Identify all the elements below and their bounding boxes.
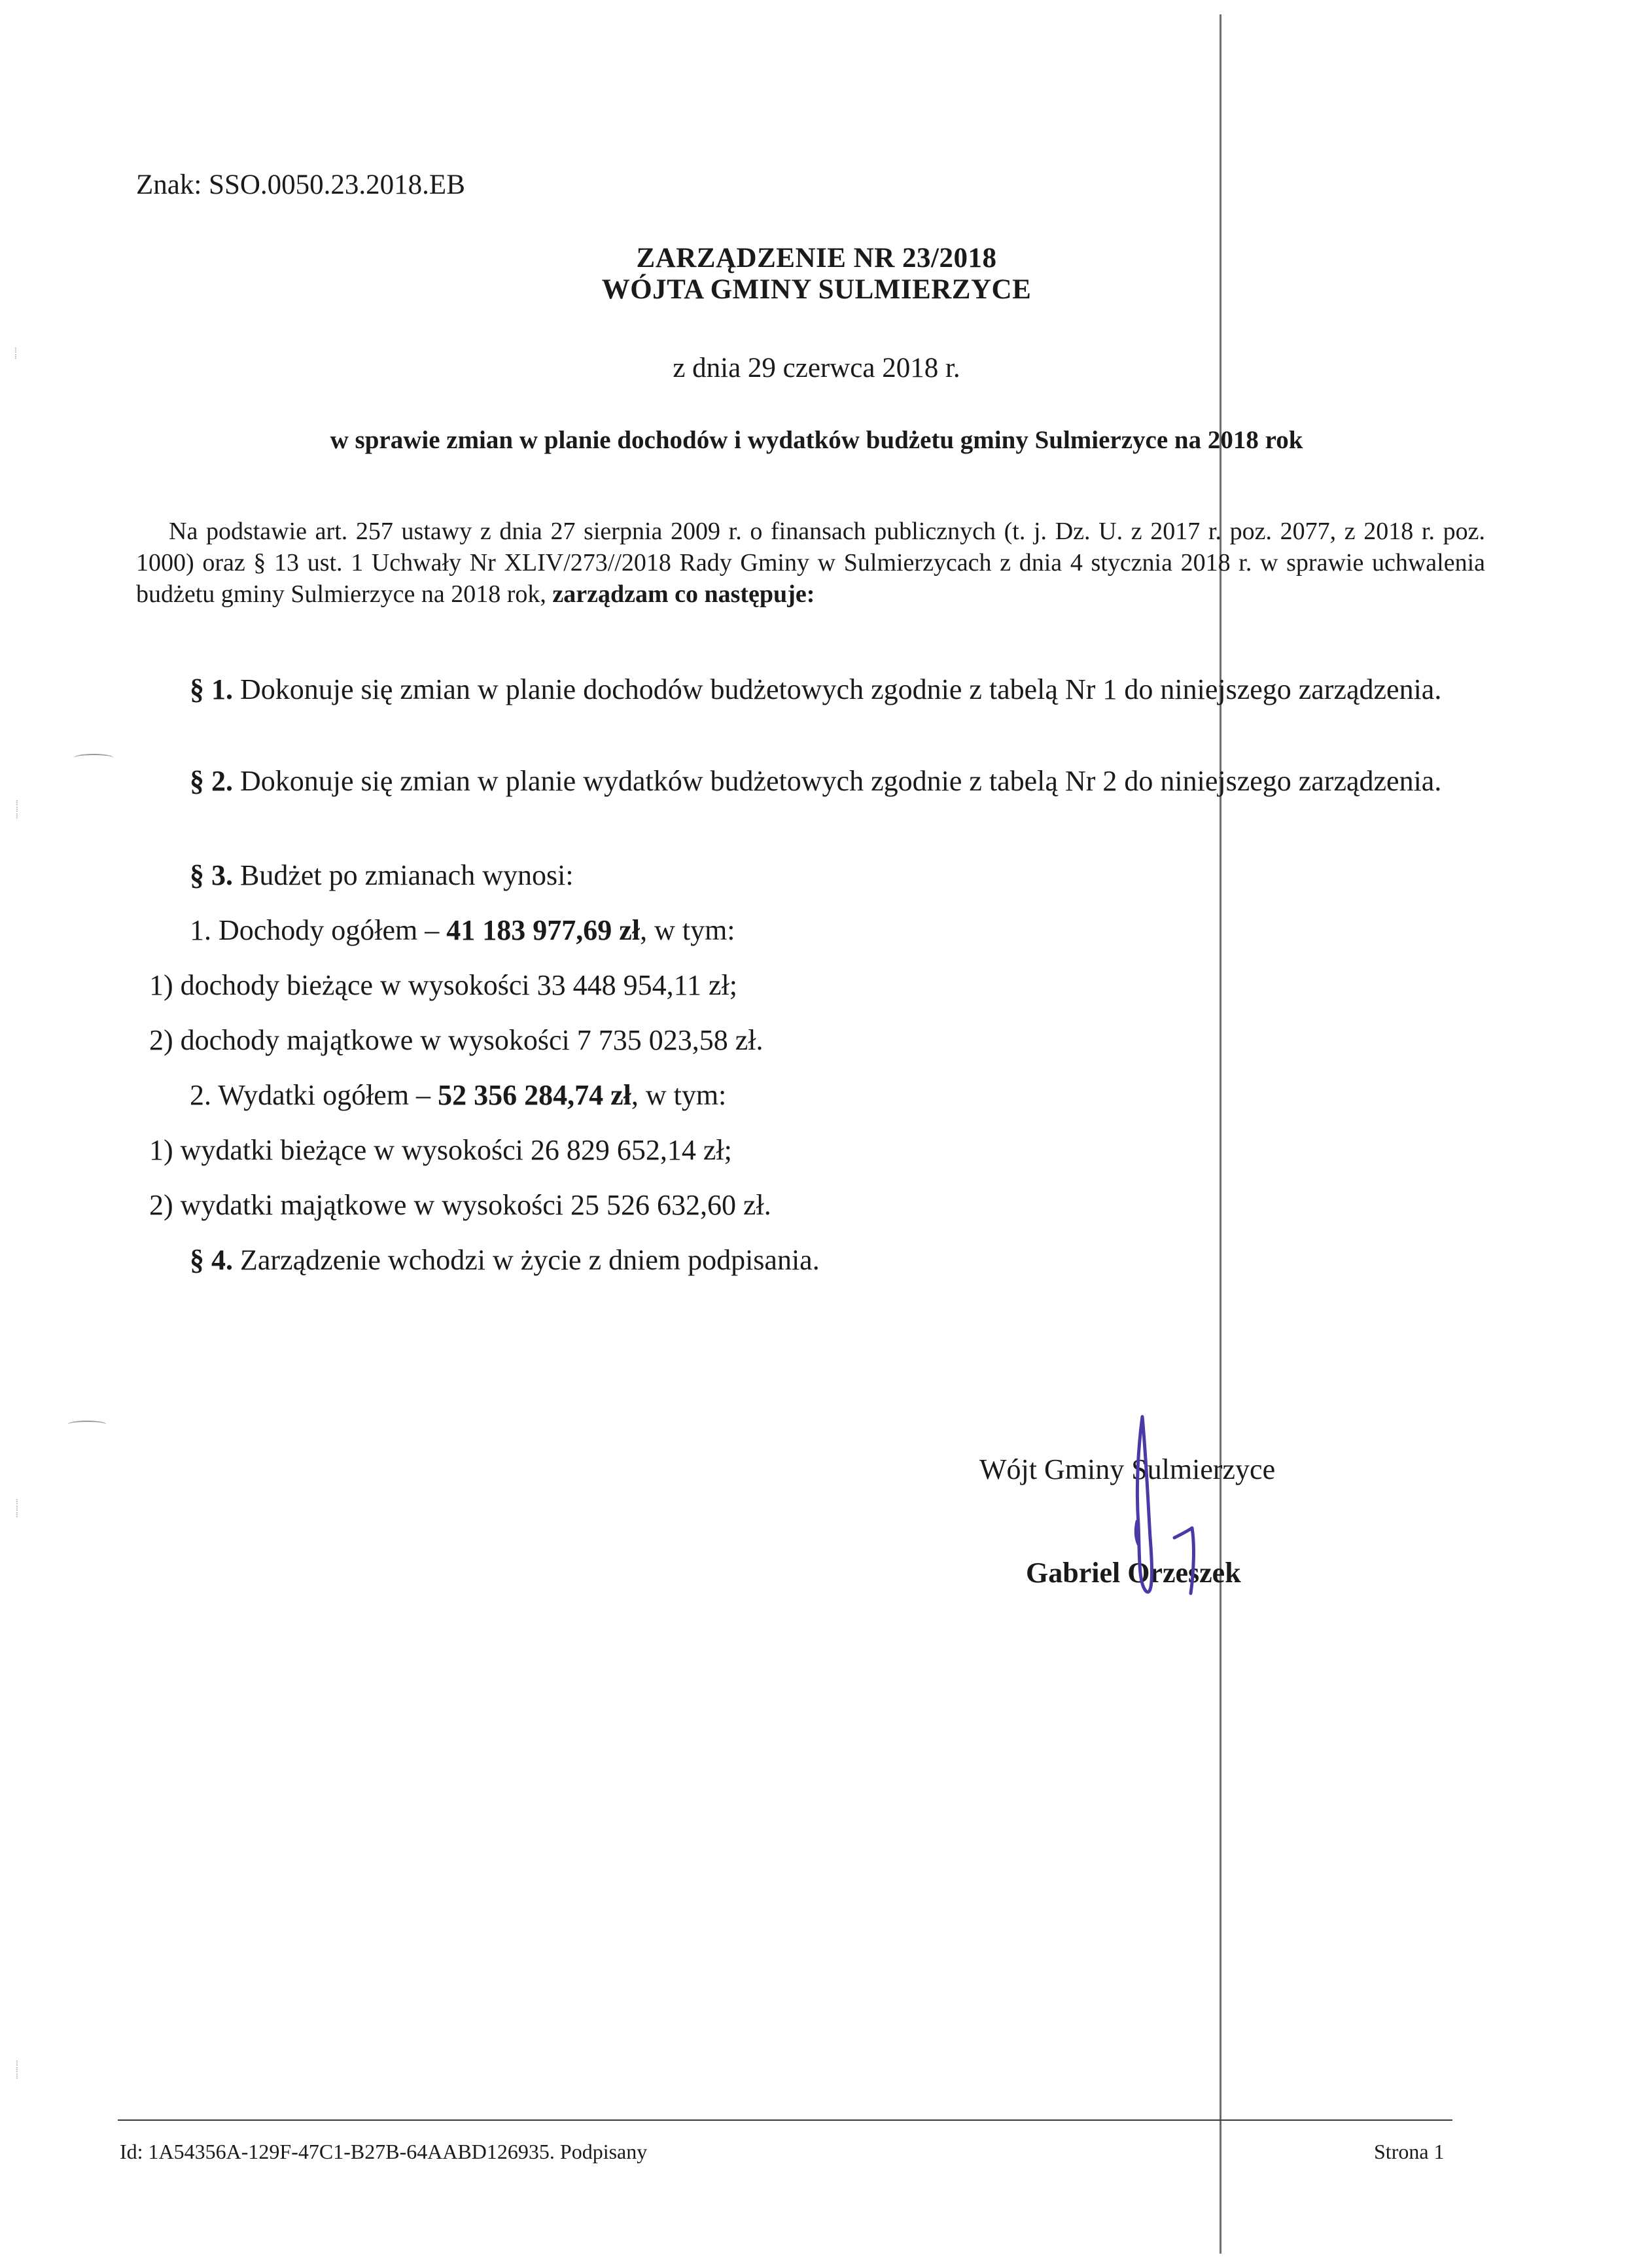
budget-expenses-suffix: , w tym: xyxy=(631,1079,726,1111)
scan-vertical-line xyxy=(1220,14,1221,2254)
budget-expenses-item-label: 2) wydatki majątkowe w wysokości xyxy=(149,1189,563,1221)
paragraph-1-text: Dokonuje się zmian w planie dochodów bud… xyxy=(240,673,1441,705)
scan-artifact-dots: ⁝⁝⁝ xyxy=(16,800,18,819)
paragraph-2-label: § 2. xyxy=(190,765,233,797)
budget-expenses-item-value: 26 829 652,14 zł; xyxy=(531,1134,732,1166)
budget-income-item-value: 7 735 023,58 zł. xyxy=(577,1024,764,1056)
preamble: Na podstawie art. 257 ustawy z dnia 27 s… xyxy=(136,516,1485,610)
handwritten-signature-icon xyxy=(1112,1407,1243,1603)
paragraph-2-text: Dokonuje się zmian w planie wydatków bud… xyxy=(240,765,1441,797)
document-title-line1: ZARZĄDZENIE NR 23/2018 xyxy=(0,242,1633,274)
budget-income-item-label: 1) dochody bieżące w wysokości xyxy=(149,969,530,1001)
scan-artifact-arc xyxy=(67,1421,107,1428)
budget-expenses-item-value: 25 526 632,60 zł. xyxy=(571,1189,771,1221)
budget-income-item-capital: 2) dochody majątkowe w wysokości 7 735 0… xyxy=(149,1023,764,1057)
budget-income-total-value: 41 183 977,69 zł xyxy=(446,914,640,946)
budget-income-suffix: , w tym: xyxy=(640,914,735,946)
budget-income-item-current: 1) dochody bieżące w wysokości 33 448 95… xyxy=(149,968,737,1002)
budget-income-item-value: 33 448 954,11 zł; xyxy=(537,969,737,1001)
paragraph-1-label: § 1. xyxy=(190,673,233,705)
document-title-line2: WÓJTA GMINY SULMIERZYCE xyxy=(0,274,1633,306)
budget-income-label: 1. Dochody ogółem – xyxy=(190,914,439,946)
paragraph-2: § 2. Dokonuje się zmian w planie wydatkó… xyxy=(136,763,1485,800)
footer-page-number: Strona 1 xyxy=(1374,2140,1445,2164)
budget-expenses-label: 2. Wydatki ogółem – xyxy=(190,1079,430,1111)
budget-expenses-item-current: 1) wydatki bieżące w wysokości 26 829 65… xyxy=(149,1133,732,1167)
paragraph-3-label: § 3. xyxy=(190,859,233,891)
paragraph-3-text: Budżet po zmianach wynosi: xyxy=(240,859,574,891)
preamble-bold-ending: zarządzam co następuje: xyxy=(552,580,815,608)
scan-artifact-dots: ⁝⁝⁝ xyxy=(16,1498,18,1518)
paragraph-4-label: § 4. xyxy=(190,1244,233,1276)
scan-artifact-dots: ⁝⁝⁝ xyxy=(16,2060,18,2080)
document-subject: w sprawie zmian w planie dochodów i wyda… xyxy=(0,425,1633,455)
footer-divider xyxy=(118,2119,1452,2121)
budget-expenses-item-label: 1) wydatki bieżące w wysokości xyxy=(149,1134,523,1166)
budget-income-total: 1. Dochody ogółem – 41 183 977,69 zł, w … xyxy=(190,913,735,947)
paragraph-4: § 4. Zarządzenie wchodzi w życie z dniem… xyxy=(190,1243,820,1277)
scan-artifact-arc xyxy=(74,754,113,762)
paragraph-4-text: Zarządzenie wchodzi w życie z dniem podp… xyxy=(240,1244,820,1276)
paragraph-3: § 3. Budżet po zmianach wynosi: xyxy=(190,859,574,892)
document-reference: Znak: SSO.0050.23.2018.EB xyxy=(136,169,465,201)
footer-document-id: Id: 1A54356A-129F-47C1-B27B-64AABD126935… xyxy=(120,2140,647,2164)
budget-expenses-item-capital: 2) wydatki majątkowe w wysokości 25 526 … xyxy=(149,1188,771,1222)
document-date: z dnia 29 czerwca 2018 r. xyxy=(0,352,1633,384)
budget-expenses-total: 2. Wydatki ogółem – 52 356 284,74 zł, w … xyxy=(190,1078,726,1112)
budget-income-item-label: 2) dochody majątkowe w wysokości xyxy=(149,1024,570,1056)
budget-expenses-total-value: 52 356 284,74 zł xyxy=(438,1079,631,1111)
paragraph-1: § 1. Dokonuje się zmian w planie dochodó… xyxy=(136,671,1485,708)
document-page: ⁝⁝ ⁝⁝⁝ ⁝⁝⁝ ⁝⁝⁝ Znak: SSO.0050.23.2018.EB… xyxy=(0,0,1633,2268)
